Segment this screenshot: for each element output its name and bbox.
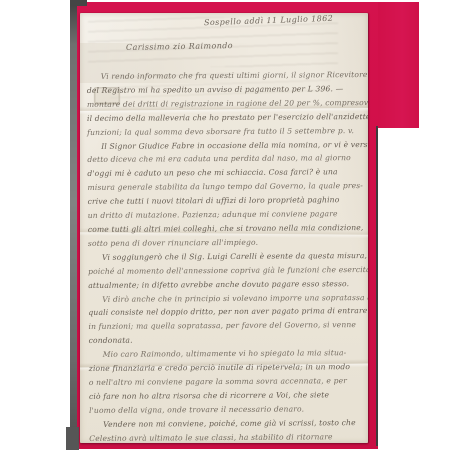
letter-body-line: Celestino avrà ultimato le sue classi, h…	[89, 430, 365, 443]
photo-bottomleft-corner-shadow	[66, 427, 79, 450]
letter-salutation: Carissimo zio Raimondo	[126, 41, 233, 52]
photo-topleft-corner-shadow	[70, 0, 87, 6]
photo-left-edge-shadow	[70, 0, 77, 450]
photo-red-backdrop-topright	[378, 2, 419, 128]
screenshot-background: Sospello addì 11 Luglio 1862 Carissimo z…	[0, 0, 450, 450]
letter-paper: Sospello addì 11 Luglio 1862 Carissimo z…	[80, 13, 368, 443]
letter-dateline: Sospello addì 11 Luglio 1862	[204, 14, 333, 28]
letter-body: Vi rendo informato che fra questi ultimi…	[87, 68, 366, 443]
photo-right-edge-line	[376, 126, 378, 446]
